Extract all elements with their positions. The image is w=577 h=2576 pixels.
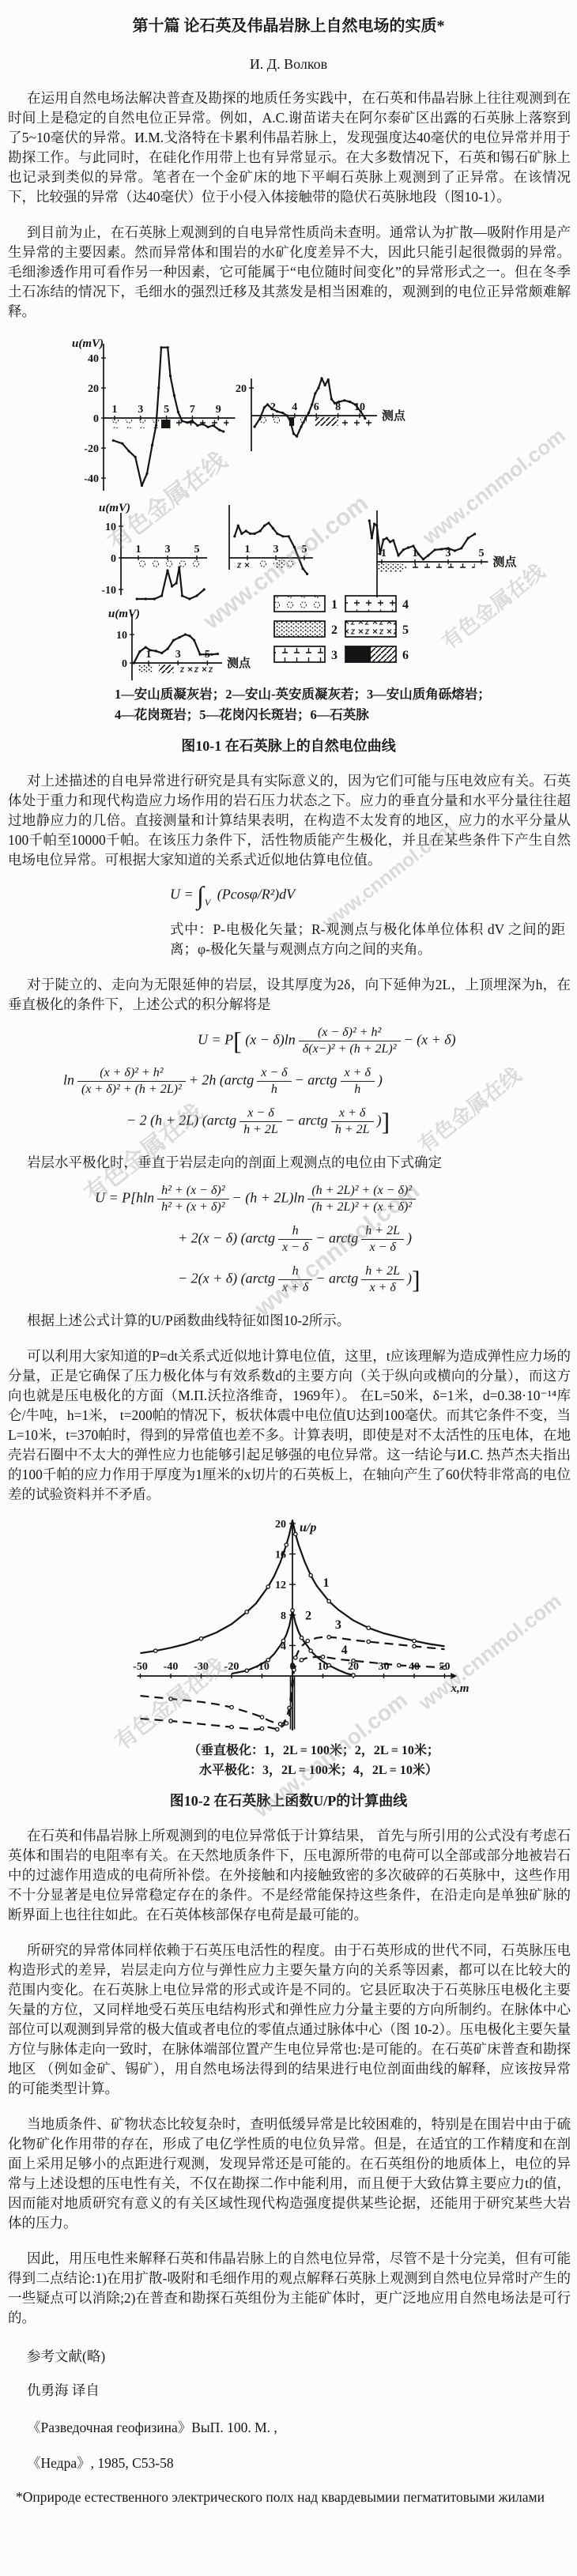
- formula-horizontal-polarization: U = P[hlnh² + (x − δ)²h² + (x + δ)²− (h …: [0, 1184, 577, 1295]
- svg-text:-10: -10: [101, 585, 116, 597]
- footnote-russian-title: *Оприроде естественного электрического п…: [8, 2487, 569, 2507]
- author: И. Д. Волков: [0, 56, 577, 73]
- figure-10-2-chart: -50-40-30-20-100102030405048121620u/px,m…: [43, 1516, 565, 1741]
- formula-symbols-note: 式中：P-电极化矢量；R-观测点与极化体单位体积 dV 之间的距离；φ-极化矢量…: [170, 920, 565, 959]
- svg-text:3: 3: [331, 649, 338, 662]
- svg-text:4: 4: [341, 1644, 348, 1657]
- svg-text:2: 2: [305, 1610, 311, 1623]
- svg-text:4: 4: [402, 598, 409, 612]
- formula-potential-integral: U = ∫V (Pcosφ/R²)dV: [0, 881, 577, 910]
- paragraph-horizontal-intro: 岩层水平极化时，垂直于岩层走向的剖面上观测点的电位由下式确定: [8, 1153, 571, 1173]
- svg-text:1: 1: [112, 404, 118, 416]
- svg-text:20: 20: [236, 383, 247, 395]
- figure-10-1-charts: 40200-20-4013579u(mV)20246810测点100-10135…: [43, 333, 573, 684]
- svg-text:10: 10: [105, 522, 116, 533]
- svg-text:6: 6: [314, 401, 319, 413]
- svg-text:-20: -20: [224, 1661, 239, 1673]
- svg-text:3: 3: [175, 649, 181, 661]
- paragraph-3: 对上述描述的自电异常进行研究是具有实际意义的，因为它们可能与压电效应有关。石英体…: [8, 771, 571, 870]
- svg-text:1: 1: [136, 544, 141, 555]
- paragraph-5: 根据上述公式计算的U/P函数曲线特征如图10-2所示。: [8, 1311, 571, 1331]
- paragraph-9: 当地质条件、矿物状态比较复杂时，查明低缓异常是比较困难的，特别是在围岩中由于硫化…: [8, 2115, 571, 2233]
- svg-text:3: 3: [165, 544, 171, 555]
- document-page: 第十篇 论石英及伟晶岩脉上自然电场的实质* И. Д. Волков 在运用自然…: [0, 0, 577, 2576]
- svg-text:-30: -30: [194, 1661, 209, 1673]
- svg-text:测点: 测点: [492, 555, 517, 569]
- svg-text:6: 6: [402, 649, 409, 662]
- svg-text:5: 5: [164, 404, 169, 416]
- paragraph-4: 对于陡立的、走向为无限延伸的岩层，设其厚度为2δ，向下延伸为2L，上顶埋深为h，…: [8, 975, 571, 1015]
- svg-text:测点: 测点: [227, 656, 251, 670]
- svg-text:u(mV): u(mV): [99, 502, 130, 514]
- svg-text:5: 5: [479, 548, 485, 559]
- svg-text:1: 1: [323, 1576, 330, 1590]
- svg-text:0: 0: [93, 413, 99, 425]
- svg-text:x,m: x,m: [451, 1682, 470, 1695]
- figure-10-1-legend-line-2: 4—花岗斑岩；5—花岗闪长斑岩；6—石英脉: [115, 705, 577, 725]
- figure-10-1-legend-line-1: 1—安山质凝灰岩；2—安山-英安质凝灰若；3—安山质角砾熔岩；: [115, 684, 577, 705]
- svg-text:3: 3: [138, 404, 143, 416]
- svg-text:3: 3: [335, 1618, 341, 1632]
- svg-text:u(mV): u(mV): [72, 337, 104, 350]
- figure-10-2-note-1: （垂直极化：1，2L = 100米；2，2L = 10米；: [188, 1741, 577, 1761]
- page-title: 第十篇 论石英及伟晶岩脉上自然电场的实质*: [0, 0, 577, 36]
- svg-text:-40: -40: [164, 1661, 179, 1673]
- svg-text:3: 3: [273, 544, 279, 555]
- figure-10-2: -50-40-30-20-100102030405048121620u/px,m…: [0, 1516, 577, 1810]
- reference-source-1: 《Разведочная геофизина》ВыП. 100. М. ,: [8, 2418, 569, 2438]
- paragraph-1: 在运用自然电场法解决普查及勘探的地质任务实践中，在石英和伟晶岩脉上往往观测到在时…: [8, 89, 571, 207]
- svg-text:30: 30: [379, 1661, 390, 1673]
- svg-text:12: 12: [275, 1580, 286, 1591]
- figure-10-1-caption: 图10-1 在石英脉上的自然电位曲线: [0, 735, 577, 755]
- paragraph-2: 到目前为止，在石英脉上观测到的自电异常性质尚未查明。通常认为扩散—吸附作用是产生…: [8, 223, 571, 322]
- figure-10-2-caption: 图10-2 在石英脉上函数U/P的计算曲线: [0, 1790, 577, 1810]
- svg-text:5: 5: [302, 544, 307, 555]
- svg-text:7: 7: [190, 404, 195, 416]
- paragraph-6: 可以利用大家知道的P=dt关系式近似地计算电位值，这里，t应该理解为造成弹性应力…: [8, 1346, 571, 1505]
- svg-text:40: 40: [88, 353, 99, 365]
- svg-text:5: 5: [194, 544, 200, 555]
- figure-10-1: 40200-20-4013579u(mV)20246810测点100-10135…: [0, 333, 577, 755]
- svg-text:-20: -20: [84, 443, 99, 455]
- svg-text:-40: -40: [84, 473, 99, 485]
- svg-text:测点: 测点: [382, 409, 406, 423]
- svg-text:-50: -50: [133, 1661, 148, 1673]
- svg-text:10: 10: [116, 630, 127, 642]
- translator-line: 仇勇海 译自: [8, 2381, 569, 2401]
- svg-text:9: 9: [216, 404, 221, 416]
- references-heading: 参考文献(略): [8, 2347, 569, 2367]
- paragraph-10: 因此，用压电性来解释石英和伟晶岩脉上的自然电位异常，尽管不是十分完美，但有可能得…: [8, 2249, 571, 2328]
- figure-10-2-note-2: 水平极化：3，2L = 100米；4，2L = 10米）: [199, 1761, 577, 1780]
- svg-text:8: 8: [281, 1610, 286, 1622]
- svg-text:20: 20: [88, 383, 99, 395]
- svg-text:4: 4: [292, 401, 297, 413]
- svg-text:1: 1: [245, 544, 251, 555]
- paragraph-8: 所研究的异常体同样依赖于石英压电活性的程度。由于石英形成的世代不同，石英脉压电构…: [8, 1941, 571, 2099]
- svg-text:0: 0: [122, 658, 127, 670]
- svg-text:1: 1: [331, 598, 338, 612]
- svg-text:2: 2: [331, 623, 338, 637]
- svg-text:u/p: u/p: [300, 1521, 316, 1535]
- svg-text:u(mV): u(mV): [108, 608, 140, 620]
- paragraph-7: 在石英和伟晶岩脉上所观测到的电位异常低于计算结果， 首先与所引用的公式没有考虑石…: [8, 1826, 571, 1925]
- formula-vertical-polarization: U = P[ (x − δ)ln(x − δ)² + h²δ(x−)² + (h…: [0, 1026, 577, 1137]
- svg-text:0: 0: [111, 553, 116, 565]
- svg-text:5: 5: [402, 623, 409, 637]
- svg-text:10: 10: [318, 1661, 329, 1673]
- svg-text:20: 20: [275, 1519, 286, 1531]
- reference-source-2: 《Недра》, 1985, С53-58: [8, 2454, 569, 2473]
